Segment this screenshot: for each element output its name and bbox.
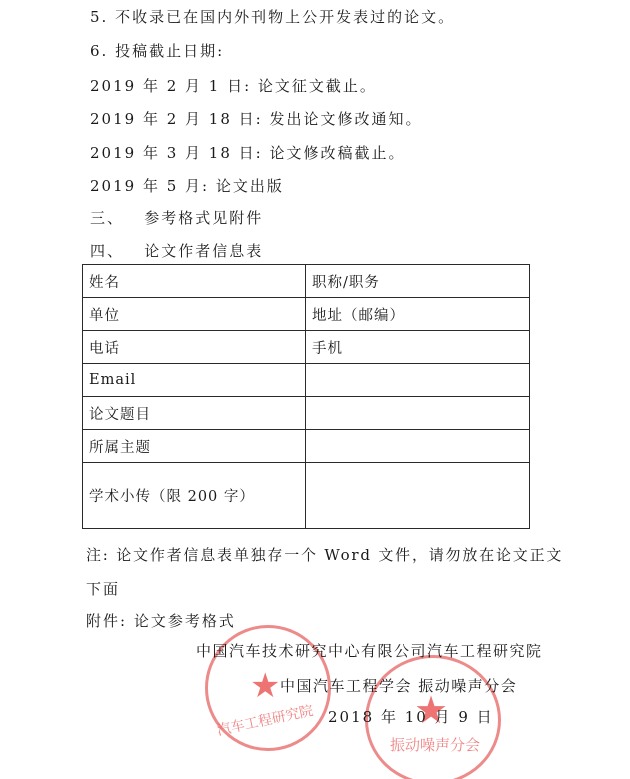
cell-label: 电话: [83, 331, 306, 364]
note-line-1: 注: 论文作者信息表单独存一个 Word 文件，请勿放在论文正文: [86, 544, 563, 565]
note-line-2: 下面: [86, 578, 120, 599]
body-line-6: 6. 投稿截止日期:: [90, 40, 224, 61]
section-4-heading: 四、 论文作者信息表: [90, 240, 263, 261]
cell-value: [306, 463, 530, 529]
cell-label: 所属主题: [83, 430, 306, 463]
signature-org-2: 中国汽车工程学会 振动噪声分会: [280, 675, 517, 696]
deadline-2: 2019 年 2 月 18 日: 发出论文修改通知。: [90, 108, 422, 129]
table-row: 所属主题: [83, 430, 530, 463]
cell-label: 姓名: [83, 265, 306, 298]
body-line-5: 5. 不收录已在国内外刊物上公开发表过的论文。: [90, 6, 455, 27]
table-row: 论文题目: [83, 397, 530, 430]
cell-value: [306, 430, 530, 463]
deadline-4: 2019 年 5 月: 论文出版: [90, 175, 284, 196]
section-3-heading: 三、 参考格式见附件: [90, 207, 263, 228]
author-info-table: 姓名职称/职务 单位地址（邮编） 电话手机 Email 论文题目 所属主题 学术…: [82, 264, 530, 529]
cell-label: 职称/职务: [306, 265, 530, 298]
cell-label: 单位: [83, 298, 306, 331]
cell-label: 学术小传（限 200 字）: [83, 463, 306, 529]
cell-value: [306, 397, 530, 430]
table-row: Email: [83, 364, 530, 397]
cell-value: [306, 364, 530, 397]
star-icon: ★: [250, 666, 280, 706]
cell-label: Email: [83, 364, 306, 397]
stamp-text: 汽车工程研究院: [215, 700, 315, 740]
table-row: 电话手机: [83, 331, 530, 364]
stamp-text: 振动噪声分会: [390, 734, 480, 755]
table-row: 单位地址（邮编）: [83, 298, 530, 331]
cell-label: 地址（邮编）: [306, 298, 530, 331]
signature-org-1: 中国汽车技术研究中心有限公司汽车工程研究院: [196, 640, 543, 661]
deadline-1: 2019 年 2 月 1 日: 论文征文截止。: [90, 75, 377, 96]
deadline-3: 2019 年 3 月 18 日: 论文修改稿截止。: [90, 142, 405, 163]
cell-label: 手机: [306, 331, 530, 364]
table-row: 姓名职称/职务: [83, 265, 530, 298]
signature-date: 2018 年 10 月 9 日: [328, 706, 494, 727]
cell-label: 论文题目: [83, 397, 306, 430]
attachment-line: 附件: 论文参考格式: [86, 610, 236, 631]
table-row: 学术小传（限 200 字）: [83, 463, 530, 529]
